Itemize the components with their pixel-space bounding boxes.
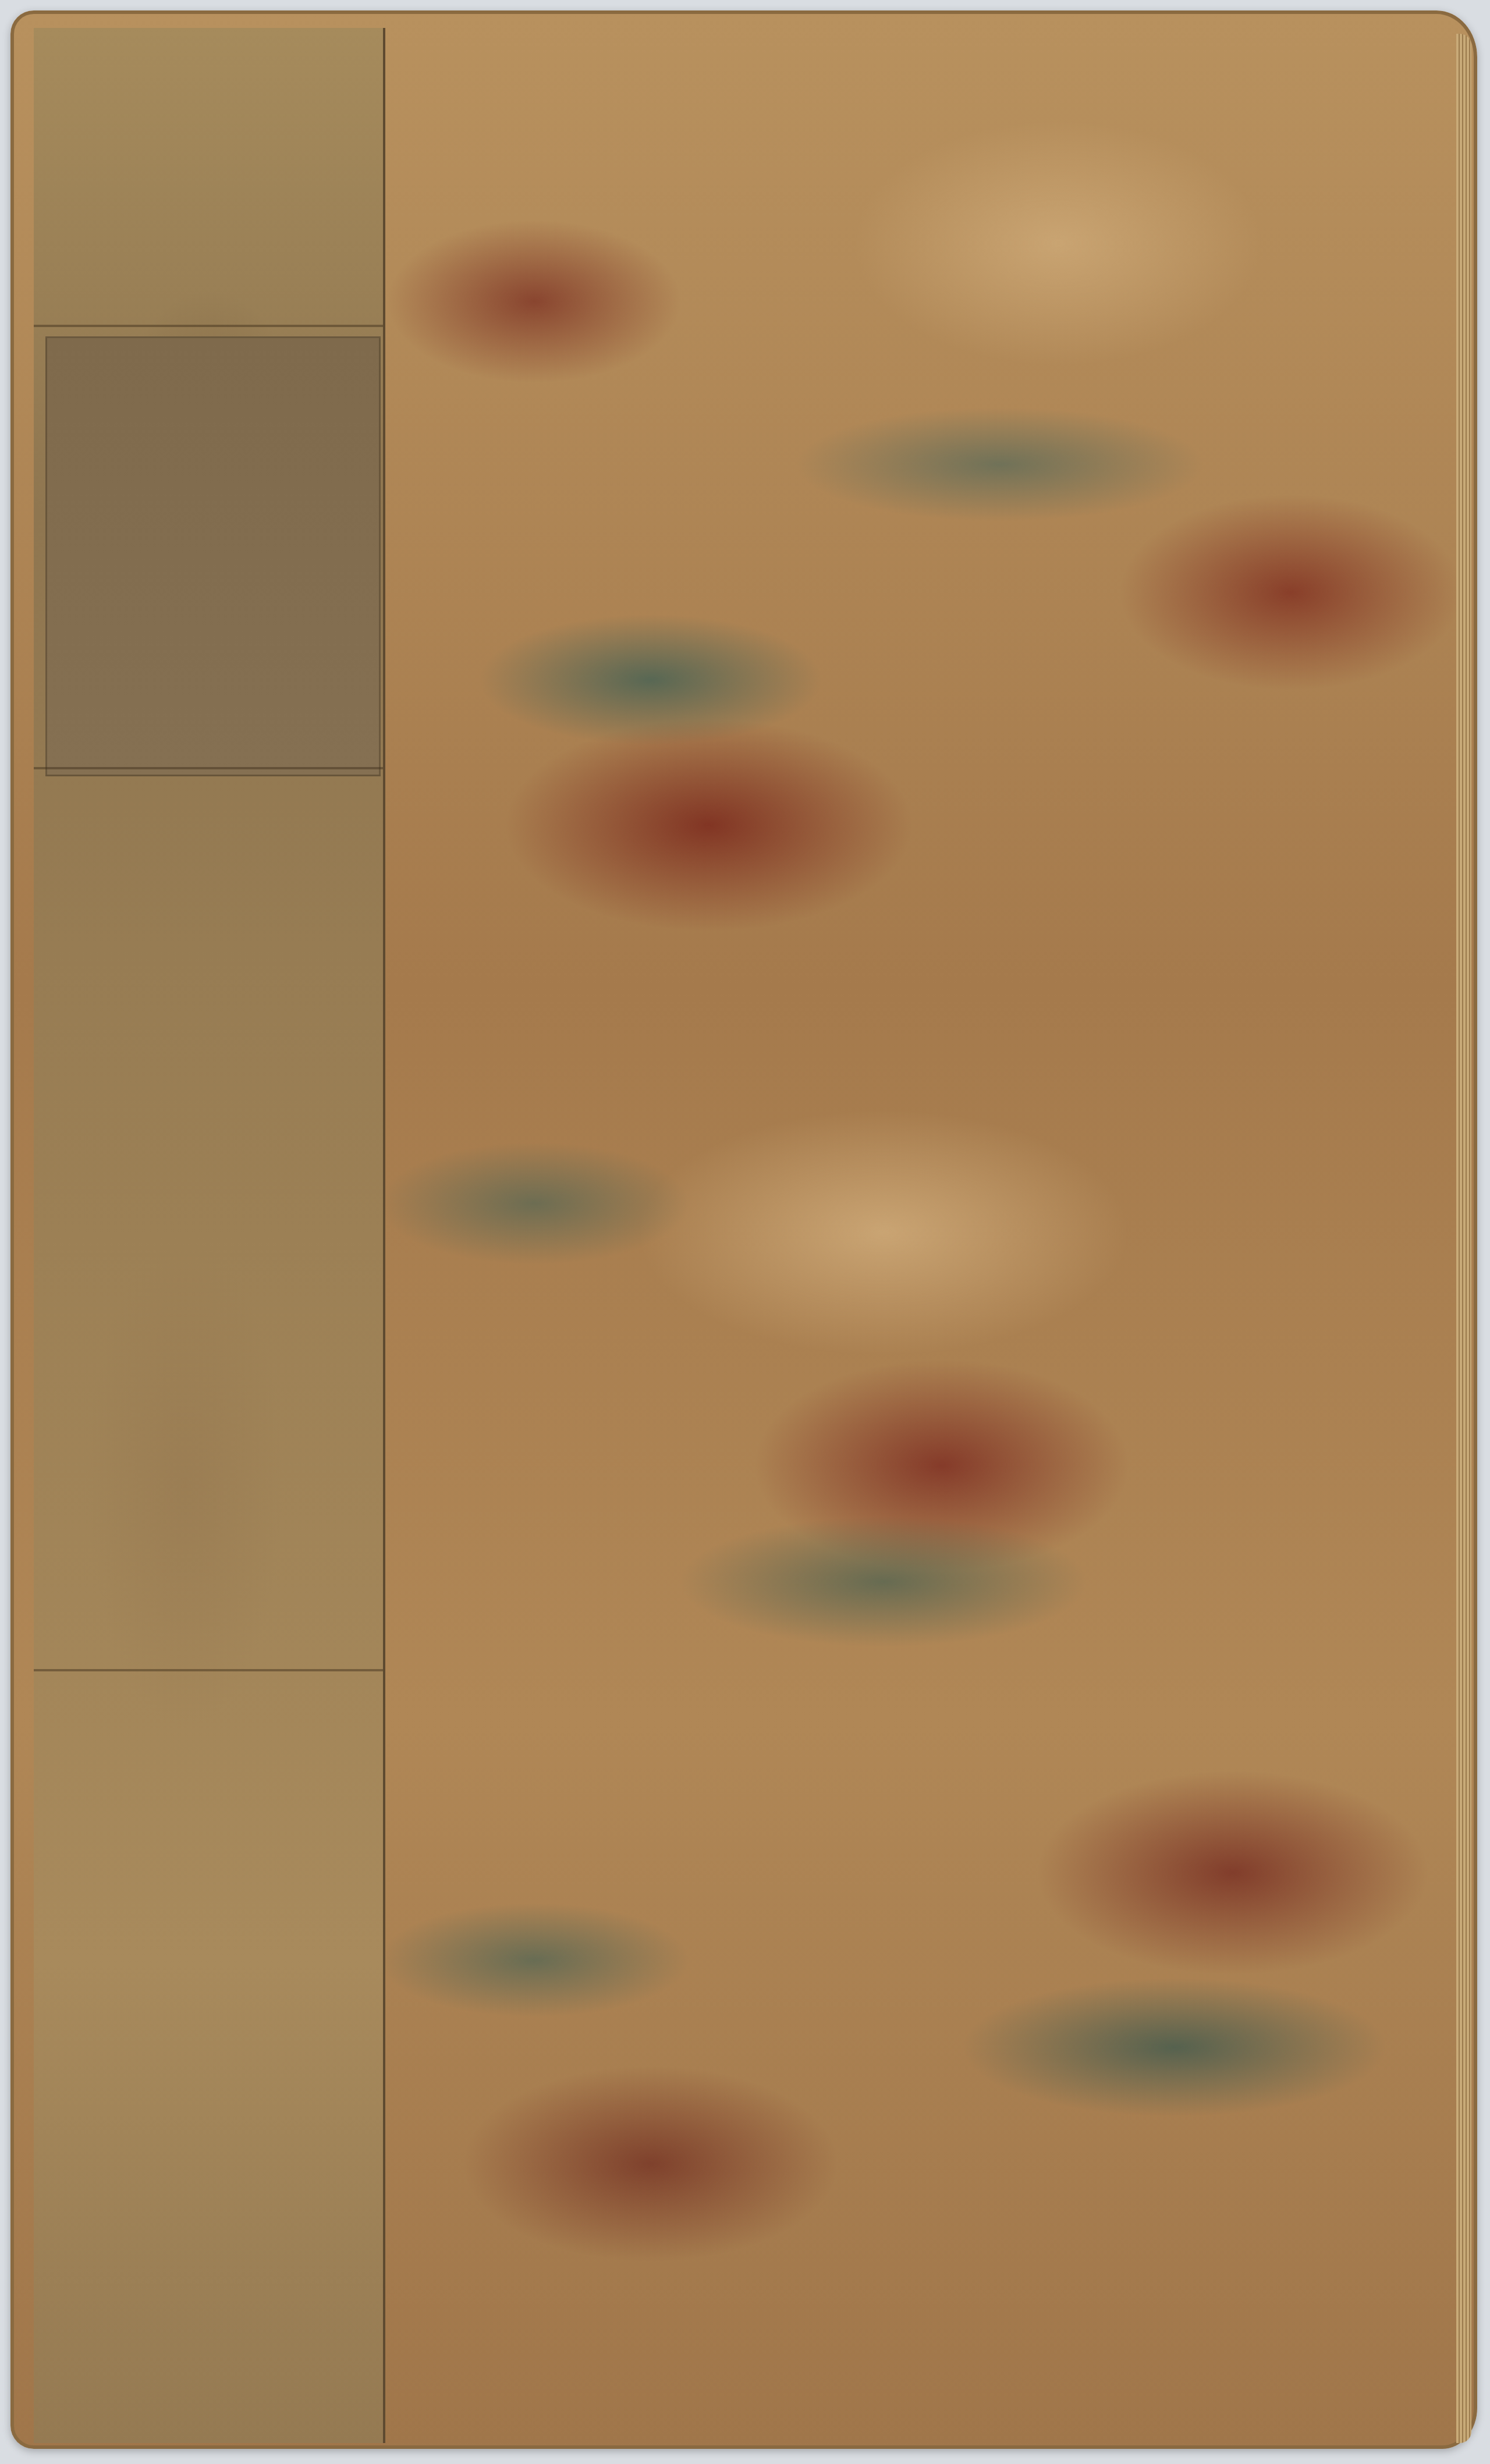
spine-band-top bbox=[34, 325, 383, 327]
spine-band-middle bbox=[34, 767, 383, 769]
book-cover bbox=[10, 10, 1477, 2449]
spine-band-lower bbox=[34, 1669, 383, 1671]
spine-label-panel bbox=[45, 336, 381, 776]
page-edges bbox=[1456, 34, 1471, 2443]
